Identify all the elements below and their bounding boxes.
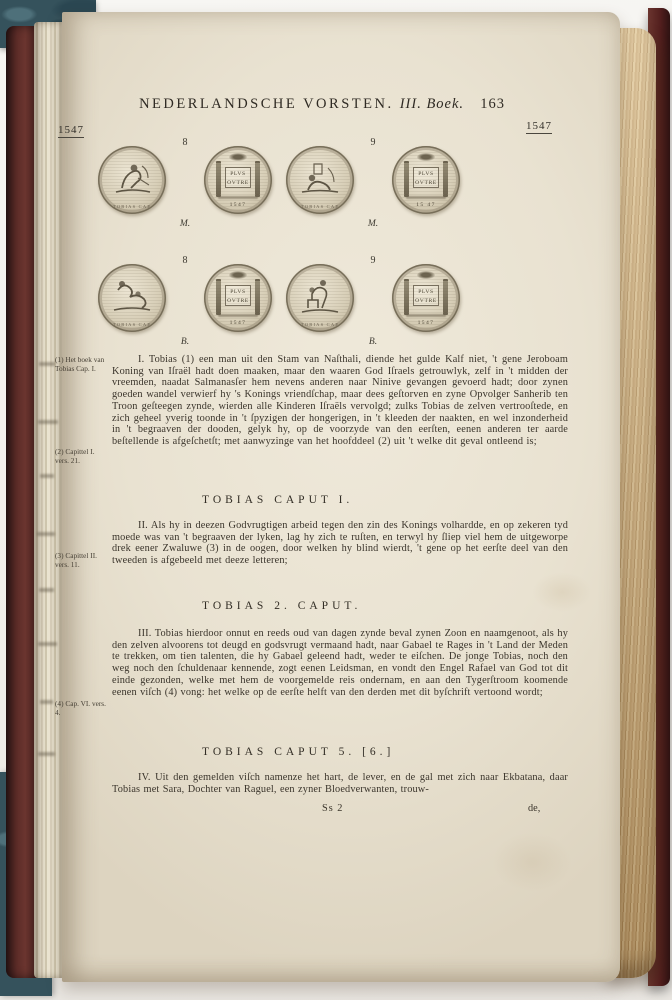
medal-motto-tablet: PLVS OVTRE <box>413 167 439 188</box>
medal-obverse-art <box>292 270 348 326</box>
medal-reverse-engraving: PLVS OVTRE 1547 <box>204 264 272 332</box>
medal-plate-row-1: TOBIAS CAP 8 M. PLVS OVTRE <box>98 146 460 214</box>
medal-ground <box>406 196 446 199</box>
left-page-edge-text <box>40 474 54 478</box>
medal-date: 15 47 <box>392 202 460 208</box>
pillar-left <box>404 163 409 195</box>
margin-note-3: (3) Capittel II. vers. 11. <box>55 552 107 569</box>
margin-note-1: (1) Het boek van Tobias Cap. I. <box>55 356 107 373</box>
year-marginal-right: 1547 <box>526 120 552 134</box>
catchword: de, <box>528 803 540 814</box>
medal-obverse-engraving: TOBIAS CAP <box>98 146 166 214</box>
paragraph-4: IV. Uit den gemelden viſch namenze het h… <box>112 772 568 795</box>
left-page-edge-text <box>38 642 57 646</box>
left-page-edge-text <box>40 700 53 704</box>
medal-obverse-art <box>104 152 160 208</box>
running-head: NEDERLANDSCHE VORSTEN. III. Boek. 163 <box>92 96 552 113</box>
medal-obverse-engraving: TOBIAS CAP <box>286 146 354 214</box>
left-page-edge-text <box>37 532 55 536</box>
medal-figure-number: 9 <box>371 255 376 266</box>
medal-motto-line1: PLVS <box>414 288 438 297</box>
medal-ground <box>218 196 258 199</box>
running-head-book-part: III. Boek. <box>400 96 464 112</box>
margin-note-4: (4) Cap. VI. vers. 4. <box>55 700 107 717</box>
left-page-edge-text <box>39 588 54 592</box>
medal-pair: TOBIAS CAP 9 B. PLVS OVTRE <box>286 264 460 332</box>
pillar-left <box>404 281 409 313</box>
medal-obverse-art <box>292 152 348 208</box>
medal-plate-row-2: TOBIAS CAP 8 B. PLVS OVTRE <box>98 264 460 332</box>
photo-of-open-book: NEDERLANDSCHE VORSTEN. III. Boek. 163 15… <box>0 0 672 1000</box>
medal-rim-legend: TOBIAS CAP <box>98 322 166 327</box>
left-page-edge-text <box>39 362 55 366</box>
paragraph-1: I. Tobias (1) een man uit den Stam van N… <box>112 354 568 448</box>
medal-date: 1547 <box>204 202 272 208</box>
pillar-left <box>216 163 221 195</box>
medal-date: 1547 <box>204 320 272 326</box>
medal-motto-tablet: PLVS OVTRE <box>413 285 439 306</box>
medal-pair: TOBIAS CAP 8 B. PLVS OVTRE <box>98 264 272 332</box>
chapter-heading-2: TOBIAS 2. CAPUT. <box>202 600 361 612</box>
foxing-stain <box>492 832 572 892</box>
quire-signature: Ss 2 <box>322 803 343 814</box>
left-page-edge-text <box>38 420 58 424</box>
medal-pair: TOBIAS CAP 8 M. PLVS OVTRE <box>98 146 272 214</box>
medal-obverse-art <box>104 270 160 326</box>
medal-rim-legend: TOBIAS CAP <box>98 204 166 209</box>
running-head-title: NEDERLANDSCHE VORSTEN. <box>139 96 394 112</box>
pillar-right <box>443 163 448 195</box>
paragraph-3: III. Tobias hierdoor onnut en reeds oud … <box>112 628 568 698</box>
margin-note-2: (2) Capittel I. vers. 21. <box>55 448 107 465</box>
medal-motto-line2: OVTRE <box>414 297 438 306</box>
year-marginal-left: 1547 <box>58 124 84 138</box>
medal-rim-legend: TOBIAS CAP <box>286 204 354 209</box>
medal-figure-number: 8 <box>183 255 188 266</box>
medal-size-letter: B. <box>369 337 377 347</box>
signature-line: Ss 2 de, <box>112 803 568 817</box>
pillar-right <box>255 281 260 313</box>
medal-motto-line2: OVTRE <box>226 297 250 306</box>
pillar-right <box>255 163 260 195</box>
medal-motto-line1: PLVS <box>414 170 438 179</box>
chapter-heading-1: TOBIAS CAPUT I. <box>202 494 353 506</box>
medal-size-letter: M. <box>368 219 378 229</box>
medal-motto-line2: OVTRE <box>414 179 438 188</box>
pillar-left <box>216 281 221 313</box>
medal-ground <box>218 314 258 317</box>
medal-size-letter: B. <box>181 337 189 347</box>
medal-obverse-engraving: TOBIAS CAP <box>98 264 166 332</box>
medal-figure-number: 8 <box>183 137 188 148</box>
medal-motto-tablet: PLVS OVTRE <box>225 285 251 306</box>
paragraph-2: II. Als hy in deezen Godvrugtigen arbeid… <box>112 520 568 567</box>
medal-motto-line1: PLVS <box>226 170 250 179</box>
foxing-stain <box>532 572 592 612</box>
book-page-recto: NEDERLANDSCHE VORSTEN. III. Boek. 163 15… <box>62 12 620 982</box>
medal-crest <box>229 271 247 279</box>
medal-rim-legend: TOBIAS CAP <box>286 322 354 327</box>
chapter-heading-3: TOBIAS CAPUT 5. [6.] <box>202 746 394 758</box>
medal-figure-number: 9 <box>371 137 376 148</box>
medal-size-letter: M. <box>180 219 190 229</box>
medal-crest <box>417 153 435 161</box>
medal-motto-tablet: PLVS OVTRE <box>225 167 251 188</box>
medal-reverse-engraving: PLVS OVTRE 15 47 <box>392 146 460 214</box>
medal-obverse-engraving: TOBIAS CAP <box>286 264 354 332</box>
medal-date: 1547 <box>392 320 460 326</box>
pillar-right <box>443 281 448 313</box>
left-page-edge-text <box>38 752 55 756</box>
medal-motto-line2: OVTRE <box>226 179 250 188</box>
medal-crest <box>229 153 247 161</box>
medal-motto-line1: PLVS <box>226 288 250 297</box>
medal-crest <box>417 271 435 279</box>
medal-reverse-engraving: PLVS OVTRE 1547 <box>204 146 272 214</box>
page-number: 163 <box>480 96 505 112</box>
medal-ground <box>406 314 446 317</box>
medal-reverse-engraving: PLVS OVTRE 1547 <box>392 264 460 332</box>
medal-pair: TOBIAS CAP 9 M. PLVS OVTRE <box>286 146 460 214</box>
